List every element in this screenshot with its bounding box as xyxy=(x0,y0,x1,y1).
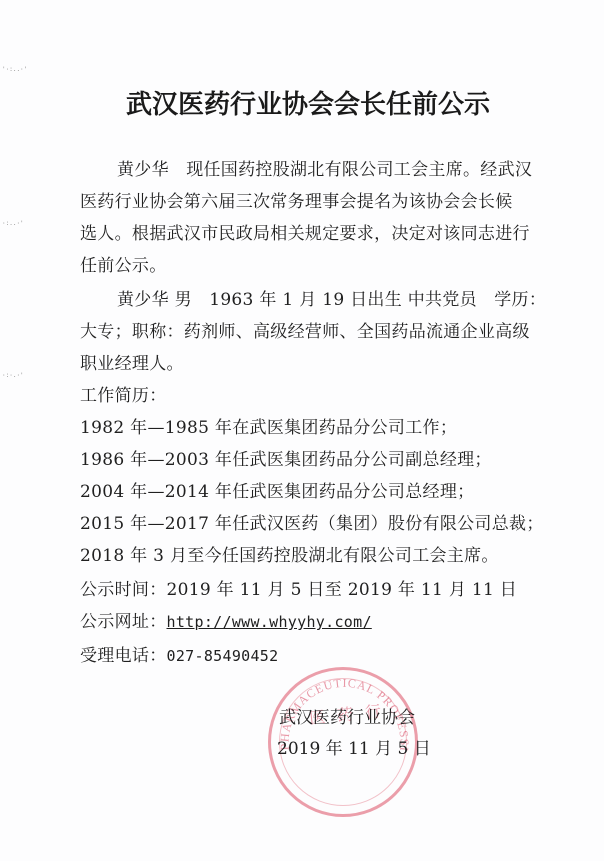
work-history-item: 2018 年 3 月至今任国药控股湖北有限公司工会主席。 xyxy=(80,546,499,566)
page-title: 武汉医药行业协会会长任前公示 xyxy=(0,84,604,121)
paragraph-1-line-2: 医药行业协会第六届三次常务理事会提名为该协会会长候 xyxy=(80,192,513,212)
paragraph-2-line-2: 大专；职称：药剂师、高级经营师、全国药品流通企业高级 xyxy=(80,322,530,342)
notice-period: 公示时间：2019 年 11 月 5 日至 2019 年 11 月 11 日 xyxy=(80,580,517,600)
notice-phone-label: 受理电话： xyxy=(80,646,167,666)
notice-phone: 受理电话：027-85490452 xyxy=(80,646,278,666)
document-page: '·:..·' ·:..·' ·:·.·' 武汉医药行业协会会长任前公示 黄少华… xyxy=(0,0,604,861)
notice-website-link[interactable]: http://www.whyyhy.com/ xyxy=(167,613,372,631)
work-history-heading: 工作简历： xyxy=(80,386,167,406)
paragraph-2-line-1: 黄少华 男 1963 年 1 月 19 日出生 中共党员 学历： xyxy=(117,290,546,310)
work-history-item: 2004 年—2014 年任武医集团药品分公司总经理； xyxy=(80,482,474,502)
scan-mark: ·:·.·' xyxy=(2,372,24,379)
work-history-item: 1986 年—2003 年任武医集团药品分公司副总经理； xyxy=(80,450,492,470)
paragraph-1-line-4: 任前公示。 xyxy=(80,256,167,276)
paragraph-2-line-3: 职业经理人。 xyxy=(80,354,184,374)
notice-website: 公示网址：http://www.whyyhy.com/ xyxy=(80,612,372,632)
paragraph-1-line-3: 选人。根据武汉市民政局相关规定要求，决定对该同志进行 xyxy=(80,224,530,244)
notice-period-value: 2019 年 11 月 5 日至 2019 年 11 月 11 日 xyxy=(167,580,518,600)
notice-period-label: 公示时间： xyxy=(80,580,167,600)
signature-organization: 武汉医药行业协会 xyxy=(279,708,415,728)
scan-mark: ·:..·' xyxy=(2,220,24,227)
notice-website-label: 公示网址： xyxy=(80,612,167,632)
scan-mark: '·:..·' xyxy=(2,66,27,73)
signature-date: 2019 年 11 月 5 日 xyxy=(277,739,431,759)
paragraph-1-line-1: 黄少华 现任国药控股湖北有限公司工会主席。经武汉 xyxy=(117,160,532,180)
work-history-item: 2015 年—2017 年任武汉医药（集团）股份有限公司总裁； xyxy=(80,514,544,534)
notice-phone-value: 027-85490452 xyxy=(167,647,279,665)
work-history-item: 1982 年—1985 年在武医集团药品分公司工作； xyxy=(80,418,457,438)
